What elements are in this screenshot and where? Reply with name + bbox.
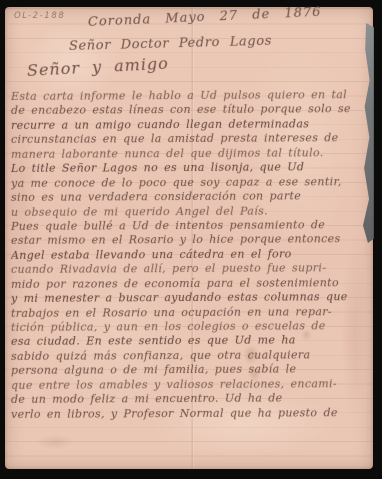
handwriting-line: sino es una verdadera consideración con … bbox=[11, 189, 361, 205]
archive-code: OL-2-188 bbox=[14, 11, 65, 21]
handwriting-line: esa ciudad. En este sentido es que Ud me… bbox=[11, 334, 361, 350]
pencil-smudge bbox=[35, 435, 75, 449]
handwriting-line: circunstancias en que la amistad presta … bbox=[11, 131, 361, 147]
handwriting-line: verlo en libros, y Profesor Normal que h… bbox=[11, 406, 361, 422]
handwriting-line: persona alguna o de mi familia, pues sab… bbox=[11, 362, 361, 378]
handwriting-line: de un modo feliz a mi encuentro. Ud ha d… bbox=[11, 391, 361, 407]
handwriting-line: de encabezo estas líneas con ese título … bbox=[11, 103, 361, 119]
photo-background: OL-2-188 Coronda Mayo 27 de 1876 Señor D… bbox=[0, 0, 382, 479]
handwriting-line: cuando Rivadavia de allí, pero el puesto… bbox=[11, 261, 361, 277]
letter-page: OL-2-188 Coronda Mayo 27 de 1876 Señor D… bbox=[5, 7, 373, 469]
handwriting-line: estar mismo en el Rosario y lo hice porq… bbox=[11, 232, 361, 248]
handwriting-line: Lo title Señor Lagos no es una lisonja, … bbox=[11, 160, 361, 176]
letter-body: Esta carta informe le hablo a Ud pulsos … bbox=[11, 89, 361, 421]
handwriting-line: y mi menester a buscar ayudando estas co… bbox=[11, 290, 361, 306]
